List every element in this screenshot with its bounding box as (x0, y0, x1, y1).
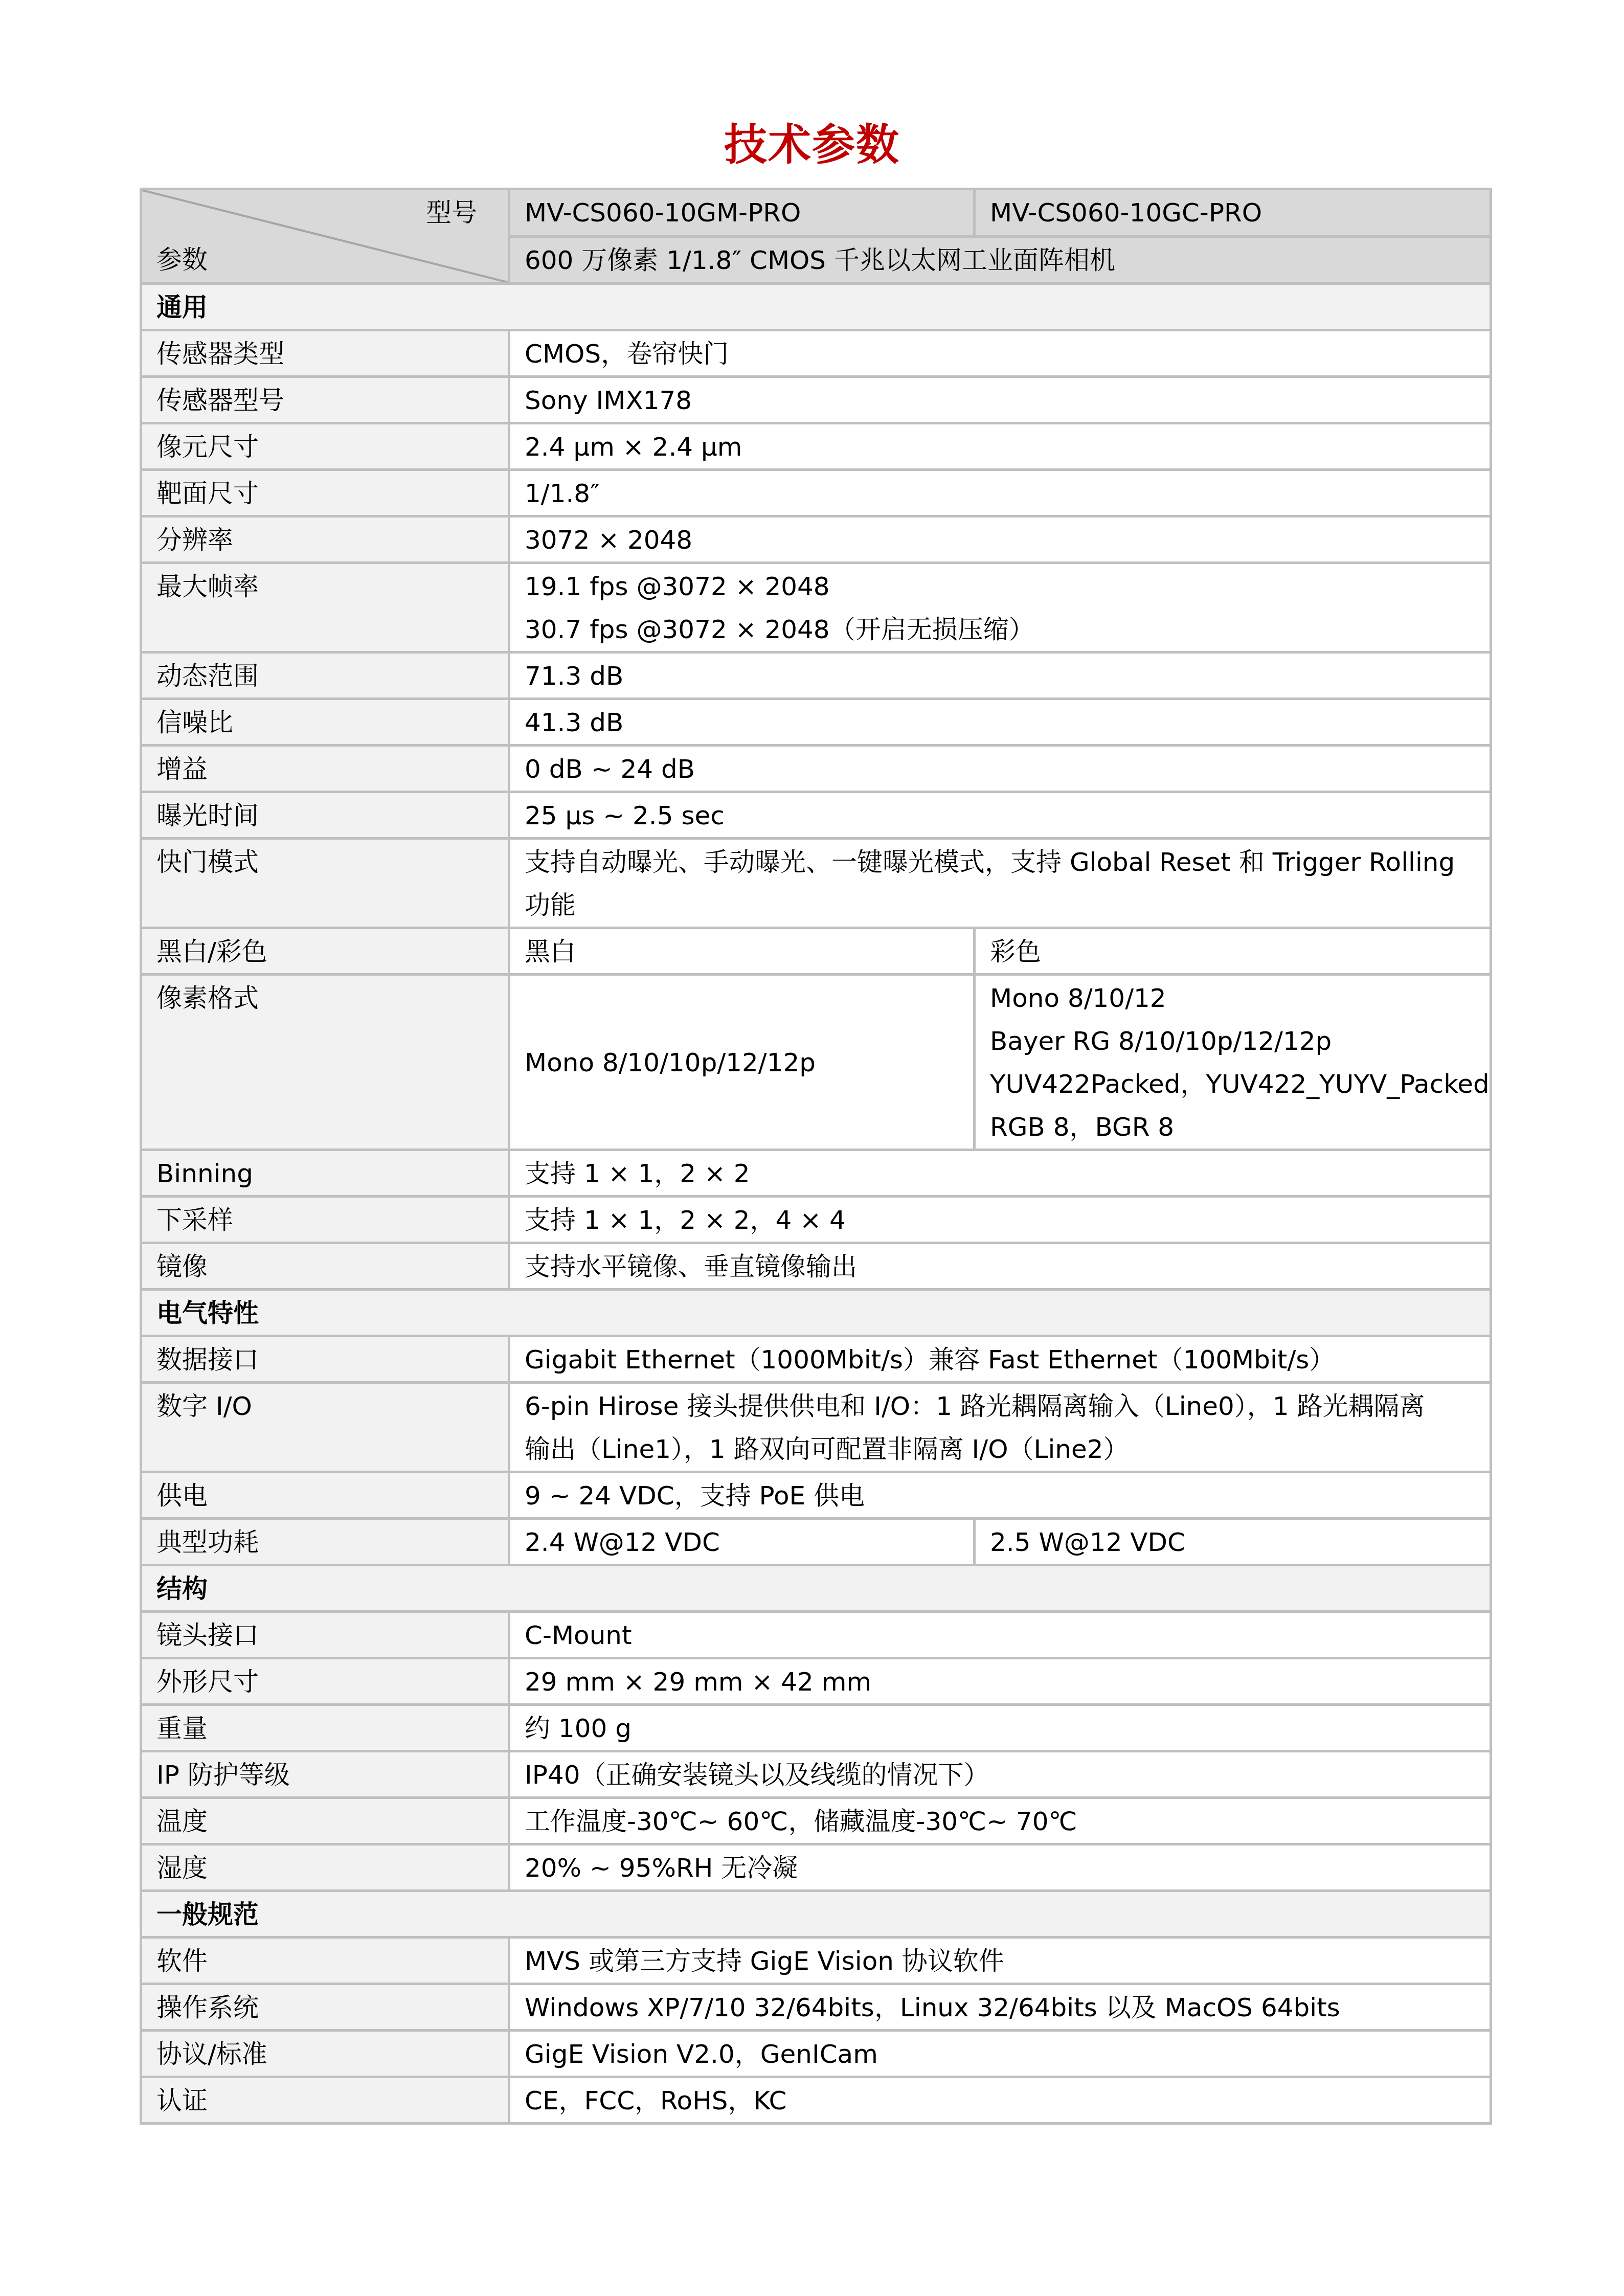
row-label: 镜像 (141, 1243, 509, 1290)
table-row: 分辨率 3072 × 2048 (141, 516, 1491, 563)
row-value: 约 100 g (509, 1705, 1491, 1751)
table-row: 黑白/彩色 黑白 彩色 (141, 928, 1491, 975)
table-row: 曝光时间 25 µs ~ 2.5 sec (141, 792, 1491, 839)
row-label: 靶面尺寸 (141, 470, 509, 516)
model-description-cell: 600 万像素 1/1.8″ CMOS 千兆以太网工业面阵相机 (509, 237, 1491, 284)
row-label: 典型功耗 (141, 1519, 509, 1565)
row-label: 动态范围 (141, 652, 509, 699)
table-row: 供电 9 ~ 24 VDC，支持 PoE 供电 (141, 1472, 1491, 1519)
row-label: 软件 (141, 1938, 509, 1984)
row-label: 重量 (141, 1705, 509, 1751)
row-label: 温度 (141, 1798, 509, 1844)
table-row: 传感器型号 Sony IMX178 (141, 377, 1491, 423)
row-label: 分辨率 (141, 516, 509, 563)
row-value: C-Mount (509, 1612, 1491, 1658)
table-row: 软件 MVS 或第三方支持 GigE Vision 协议软件 (141, 1938, 1491, 1984)
row-value-mono: Mono 8/10/10p/12/12p (509, 975, 975, 1150)
section-title-general-spec: 一般规范 (141, 1891, 1491, 1938)
page-title: 技术参数 (0, 117, 1624, 173)
row-label: IP 防护等级 (141, 1751, 509, 1798)
table-row: 数据接口 Gigabit Ethernet（1000Mbit/s）兼容 Fast… (141, 1336, 1491, 1383)
table-row: 像元尺寸 2.4 µm × 2.4 µm (141, 423, 1491, 470)
row-value: 9 ~ 24 VDC，支持 PoE 供电 (509, 1472, 1491, 1519)
model-gm-cell: MV-CS060-10GM-PRO (509, 189, 975, 237)
table-row: IP 防护等级 IP40（正确安装镜头以及线缆的情况下） (141, 1751, 1491, 1798)
row-value: 41.3 dB (509, 699, 1491, 746)
value-line: 输出（Line1），1 路双向可配置非隔离 I/O（Line2） (525, 1428, 1477, 1471)
model-gc-cell: MV-CS060-10GC-PRO (975, 189, 1491, 237)
row-value-color: 2.5 W@12 VDC (975, 1519, 1491, 1565)
row-label: 像素格式 (141, 975, 509, 1150)
header-corner-cell: 型号 参数 (141, 189, 509, 284)
section-title-electrical: 电气特性 (141, 1290, 1491, 1336)
table-row: Binning 支持 1 × 1，2 × 2 (141, 1150, 1491, 1197)
table-row: 信噪比 41.3 dB (141, 699, 1491, 746)
value-line: YUV422Packed，YUV422_YUYV_Packed (990, 1063, 1477, 1106)
table-row: 下采样 支持 1 × 1，2 × 2，4 × 4 (141, 1197, 1491, 1243)
row-label: 操作系统 (141, 1984, 509, 2031)
value-line: 6-pin Hirose 接头提供供电和 I/O：1 路光耦隔离输入（Line0… (525, 1385, 1477, 1428)
row-value: 3072 × 2048 (509, 516, 1491, 563)
row-value: 工作温度-30℃~ 60℃，储藏温度-30℃~ 70℃ (509, 1798, 1491, 1844)
row-value: CE，FCC，RoHS，KC (509, 2077, 1491, 2124)
value-line: 30.7 fps @3072 × 2048（开启无损压缩） (525, 608, 1477, 651)
row-value: 支持 1 × 1，2 × 2，4 × 4 (509, 1197, 1491, 1243)
value-line: RGB 8，BGR 8 (990, 1106, 1477, 1149)
row-label: 镜头接口 (141, 1612, 509, 1658)
table-row: 镜头接口 C-Mount (141, 1612, 1491, 1658)
row-value: 2.4 µm × 2.4 µm (509, 423, 1491, 470)
row-value: 25 µs ~ 2.5 sec (509, 792, 1491, 839)
value-line: 功能 (525, 884, 1477, 927)
table-row: 外形尺寸 29 mm × 29 mm × 42 mm (141, 1658, 1491, 1705)
table-row: 传感器类型 CMOS，卷帘快门 (141, 330, 1491, 377)
row-value: GigE Vision V2.0，GenICam (509, 2031, 1491, 2077)
spec-table: 型号 参数 MV-CS060-10GM-PRO MV-CS060-10GC-PR… (140, 188, 1492, 2125)
table-row: 认证 CE，FCC，RoHS，KC (141, 2077, 1491, 2124)
row-value: Sony IMX178 (509, 377, 1491, 423)
section-title-structure: 结构 (141, 1565, 1491, 1612)
row-label: 曝光时间 (141, 792, 509, 839)
row-label: 信噪比 (141, 699, 509, 746)
row-label: 供电 (141, 1472, 509, 1519)
corner-model-label: 型号 (426, 191, 477, 234)
table-row: 动态范围 71.3 dB (141, 652, 1491, 699)
table-row: 操作系统 Windows XP/7/10 32/64bits，Linux 32/… (141, 1984, 1491, 2031)
section-row: 一般规范 (141, 1891, 1491, 1938)
row-value: 6-pin Hirose 接头提供供电和 I/O：1 路光耦隔离输入（Line0… (509, 1383, 1491, 1472)
row-value: 29 mm × 29 mm × 42 mm (509, 1658, 1491, 1705)
table-row: 湿度 20% ~ 95%RH 无冷凝 (141, 1844, 1491, 1891)
table-row: 温度 工作温度-30℃~ 60℃，储藏温度-30℃~ 70℃ (141, 1798, 1491, 1844)
section-row: 通用 (141, 284, 1491, 330)
value-line: 19.1 fps @3072 × 2048 (525, 565, 1477, 608)
row-label: Binning (141, 1150, 509, 1197)
row-value-color: Mono 8/10/12 Bayer RG 8/10/10p/12/12p YU… (975, 975, 1491, 1150)
row-label: 增益 (141, 746, 509, 792)
row-label: 像元尺寸 (141, 423, 509, 470)
row-label: 数据接口 (141, 1336, 509, 1383)
row-value-mono: 黑白 (509, 928, 975, 975)
row-value: 19.1 fps @3072 × 2048 30.7 fps @3072 × 2… (509, 563, 1491, 652)
row-value: 71.3 dB (509, 652, 1491, 699)
row-value: 20% ~ 95%RH 无冷凝 (509, 1844, 1491, 1891)
row-value: 支持水平镜像、垂直镜像输出 (509, 1243, 1491, 1290)
table-row: 快门模式 支持自动曝光、手动曝光、一键曝光模式，支持 Global Reset … (141, 839, 1491, 928)
header-model-row: 型号 参数 MV-CS060-10GM-PRO MV-CS060-10GC-PR… (141, 189, 1491, 237)
row-label: 认证 (141, 2077, 509, 2124)
row-label: 黑白/彩色 (141, 928, 509, 975)
row-label: 数字 I/O (141, 1383, 509, 1472)
section-row: 结构 (141, 1565, 1491, 1612)
row-value: MVS 或第三方支持 GigE Vision 协议软件 (509, 1938, 1491, 1984)
row-value: 支持 1 × 1，2 × 2 (509, 1150, 1491, 1197)
table-row: 重量 约 100 g (141, 1705, 1491, 1751)
row-value: CMOS，卷帘快门 (509, 330, 1491, 377)
row-value: 0 dB ~ 24 dB (509, 746, 1491, 792)
row-value: Windows XP/7/10 32/64bits，Linux 32/64bit… (509, 1984, 1491, 2031)
table-row: 数字 I/O 6-pin Hirose 接头提供供电和 I/O：1 路光耦隔离输… (141, 1383, 1491, 1472)
section-row: 电气特性 (141, 1290, 1491, 1336)
table-row: 增益 0 dB ~ 24 dB (141, 746, 1491, 792)
row-label: 下采样 (141, 1197, 509, 1243)
row-label: 外形尺寸 (141, 1658, 509, 1705)
row-label: 湿度 (141, 1844, 509, 1891)
row-label: 快门模式 (141, 839, 509, 928)
row-value: 1/1.8″ (509, 470, 1491, 516)
table-row: 协议/标准 GigE Vision V2.0，GenICam (141, 2031, 1491, 2077)
row-label: 传感器类型 (141, 330, 509, 377)
value-line: Mono 8/10/12 (990, 977, 1477, 1020)
row-label: 传感器型号 (141, 377, 509, 423)
row-value-color: 彩色 (975, 928, 1491, 975)
value-line: 支持自动曝光、手动曝光、一键曝光模式，支持 Global Reset 和 Tri… (525, 841, 1477, 884)
table-row: 最大帧率 19.1 fps @3072 × 2048 30.7 fps @307… (141, 563, 1491, 652)
table-row: 典型功耗 2.4 W@12 VDC 2.5 W@12 VDC (141, 1519, 1491, 1565)
row-label: 最大帧率 (141, 563, 509, 652)
corner-param-label: 参数 (156, 238, 208, 281)
row-value: IP40（正确安装镜头以及线缆的情况下） (509, 1751, 1491, 1798)
table-row: 像素格式 Mono 8/10/10p/12/12p Mono 8/10/12 B… (141, 975, 1491, 1150)
row-value-mono: 2.4 W@12 VDC (509, 1519, 975, 1565)
row-value: 支持自动曝光、手动曝光、一键曝光模式，支持 Global Reset 和 Tri… (509, 839, 1491, 928)
row-value: Gigabit Ethernet（1000Mbit/s）兼容 Fast Ethe… (509, 1336, 1491, 1383)
value-line: Bayer RG 8/10/10p/12/12p (990, 1020, 1477, 1063)
section-title-general: 通用 (141, 284, 1491, 330)
table-row: 镜像 支持水平镜像、垂直镜像输出 (141, 1243, 1491, 1290)
table-row: 靶面尺寸 1/1.8″ (141, 470, 1491, 516)
row-label: 协议/标准 (141, 2031, 509, 2077)
